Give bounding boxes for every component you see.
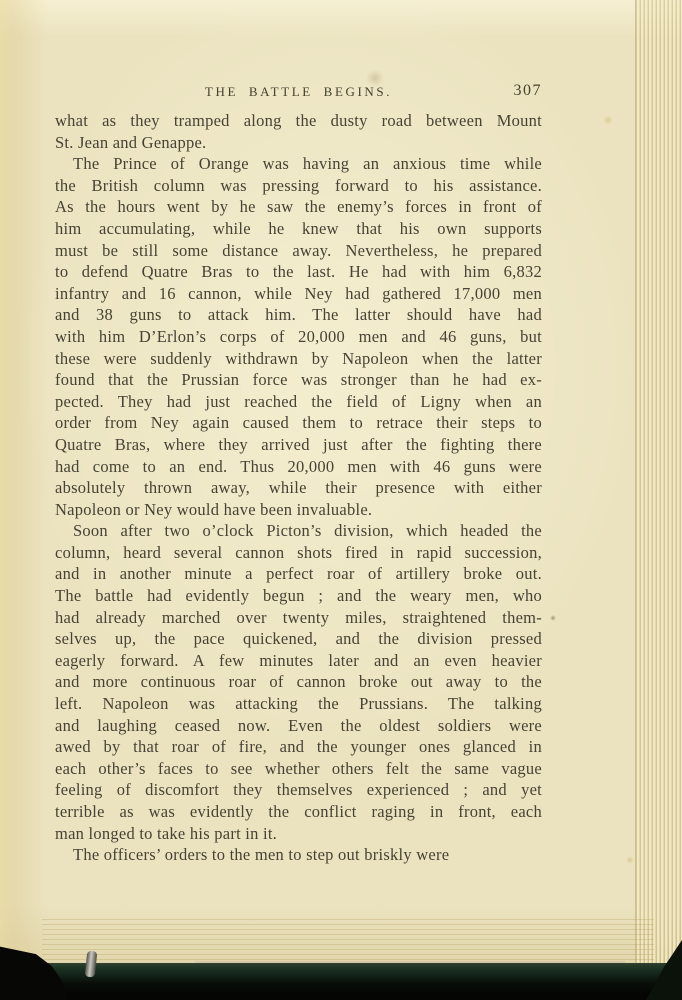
book-cover-background	[0, 963, 682, 1000]
page-header: THE BATTLE BEGINS. 307	[55, 84, 542, 104]
text-line: infantry and 16 cannon, while Ney had ga…	[55, 283, 542, 305]
book-page-scan: THE BATTLE BEGINS. 307 what as they tram…	[0, 0, 682, 1000]
text-line: found that the Prussian force was strong…	[55, 369, 542, 391]
text-line: As the hours went by he saw the enemy’s …	[55, 196, 542, 218]
text-line: left. Napoleon was attacking the Prussia…	[55, 693, 542, 715]
text-line: Soon after two o’clock Picton’s division…	[55, 520, 542, 542]
page-edge-highlight	[195, 961, 625, 963]
text-line: selves up, the pace quickened, and the d…	[55, 628, 542, 650]
text-line: The officers’ orders to the men to step …	[55, 844, 542, 866]
text-line: feeling of discomfort they themselves ex…	[55, 779, 542, 801]
text-line: order from Ney again caused them to retr…	[55, 412, 542, 434]
text-line: column, heard several cannon shots fired…	[55, 542, 542, 564]
text-line: and in another minute a perfect roar of …	[55, 563, 542, 585]
text-line: with him D’Erlon’s corps of 20,000 men a…	[55, 326, 542, 348]
text-line: St. Jean and Genappe.	[55, 132, 542, 154]
text-line: must be still some distance away. Nevert…	[55, 240, 542, 262]
text-line: The Prince of Orange was having an anxio…	[55, 153, 542, 175]
text-line: had come to an end. Thus 20,000 men with…	[55, 456, 542, 478]
page-paper: THE BATTLE BEGINS. 307 what as they tram…	[0, 0, 682, 963]
text-line: the British column was pressing forward …	[55, 175, 542, 197]
page-stack-bottom-edge	[42, 919, 654, 963]
text-line: what as they tramped along the dusty roa…	[55, 110, 542, 132]
text-line: and laughing ceased now. Even the oldest…	[55, 715, 542, 737]
text-line: Quatre Bras, where they arrived just aft…	[55, 434, 542, 456]
text-line: awed by that roar of fire, and the young…	[55, 736, 542, 758]
book-fore-edge	[635, 0, 682, 963]
text-line: pected. They had just reached the field …	[55, 391, 542, 413]
text-line: absolutely thrown away, while their pres…	[55, 477, 542, 499]
text-line: and 38 guns to attack him. The latter sh…	[55, 304, 542, 326]
text-line: to defend Quatre Bras to the last. He ha…	[55, 261, 542, 283]
text-line: him accumulating, while he knew that his…	[55, 218, 542, 240]
body-text: what as they tramped along the dusty roa…	[55, 110, 542, 866]
text-line: man longed to take his part in it.	[55, 823, 542, 845]
text-line: The battle had evidently begun ; and the…	[55, 585, 542, 607]
text-line: terrible as was evidently the conflict r…	[55, 801, 542, 823]
text-line: and more continuous roar of cannon broke…	[55, 671, 542, 693]
text-line: eagerly forward. A few minutes later and…	[55, 650, 542, 672]
page-number: 307	[514, 82, 543, 100]
text-line: each other’s faces to see whether others…	[55, 758, 542, 780]
text-line: Napoleon or Ney would have been invaluab…	[55, 499, 542, 521]
text-line: had already marched over twenty miles, s…	[55, 607, 542, 629]
text-line: these were suddenly withdrawn by Napoleo…	[55, 348, 542, 370]
running-title: THE BATTLE BEGINS.	[55, 84, 542, 100]
